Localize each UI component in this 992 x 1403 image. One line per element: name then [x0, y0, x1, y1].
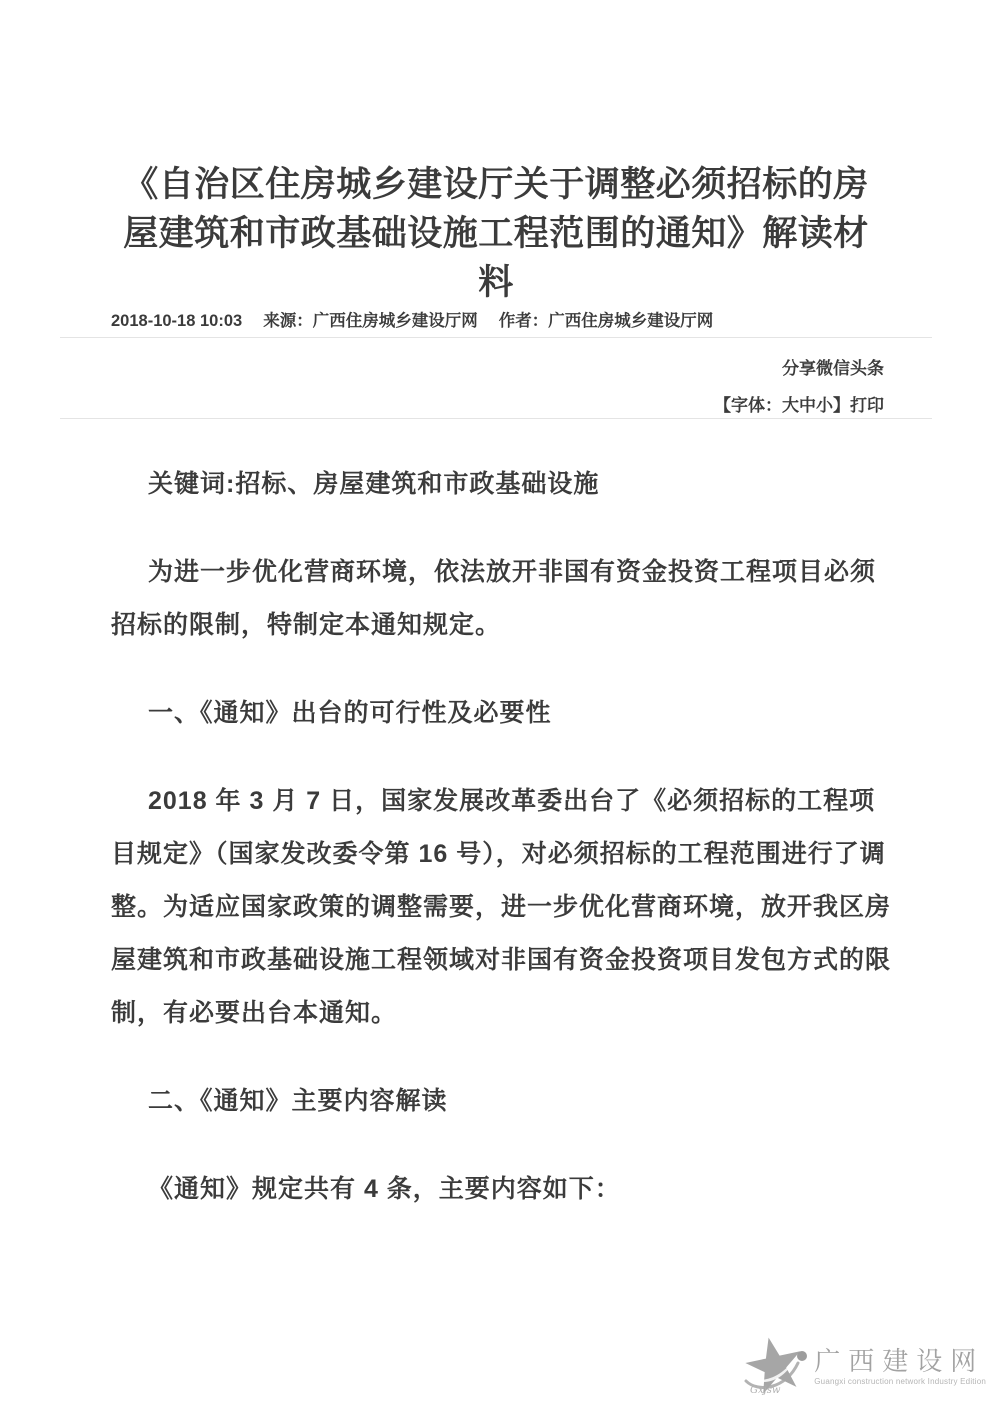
watermark-cn: 广西建设网 — [814, 1347, 986, 1375]
meta-author: 作者：广西住房城乡建设厅网 — [499, 309, 714, 333]
author-value: 广西住房城乡建设厅网 — [548, 309, 713, 333]
article-body: 关键词:招标、房屋建筑和市政基础设施 为进一步优化营商环境，依法放开非国有资金投… — [60, 419, 932, 1216]
site-watermark: Gxjsw 广西建设网 Guangxi construction network… — [738, 1333, 986, 1399]
print-button[interactable]: 打印 — [850, 396, 884, 415]
page-title: 《自治区住房城乡建设厅关于调整必须招标的房屋建筑和市政基础设施工程范围的通知》解… — [60, 160, 932, 307]
watermark-en: Guangxi construction network Industry Ed… — [814, 1377, 986, 1386]
font-size-medium-button[interactable]: 中 — [799, 396, 816, 415]
source-value: 广西住房城乡建设厅网 — [313, 309, 478, 333]
meta-source: 来源：广西住房城乡建设厅网 — [263, 309, 478, 333]
share-row: 分享微信头条 — [111, 357, 884, 381]
font-size-row: 【字体：大中小】打印 — [111, 394, 884, 418]
share-label: 分享 — [782, 359, 816, 378]
paragraph-intro: 为进一步优化营商环境，依法放开非国有资金投资工程项目必须招标的限制，特制定本通知… — [111, 546, 898, 652]
section-heading-2: 二、《通知》主要内容解读 — [111, 1075, 898, 1128]
toolbar: 分享微信头条 【字体：大中小】打印 — [60, 338, 932, 419]
article-meta: 2018-10-18 10:03 来源：广西住房城乡建设厅网 作者：广西住房城乡… — [60, 309, 932, 338]
source-label: 来源： — [263, 309, 313, 333]
font-size-large-button[interactable]: 大 — [782, 396, 799, 415]
paragraph-section-2: 《通知》规定共有 4 条，主要内容如下： — [111, 1163, 898, 1216]
font-size-prefix: 【字体： — [714, 396, 782, 415]
share-toutiao-button[interactable]: 头条 — [850, 359, 884, 378]
article-page: 《自治区住房城乡建设厅关于调整必须招标的房屋建筑和市政基础设施工程范围的通知》解… — [60, 0, 932, 1216]
author-label: 作者： — [499, 309, 549, 333]
share-wechat-button[interactable]: 微信 — [816, 359, 850, 378]
star-logo-icon: Gxjsw — [738, 1333, 812, 1399]
publish-datetime: 2018-10-18 10:03 — [111, 309, 242, 333]
keywords-line: 关键词:招标、房屋建筑和市政基础设施 — [111, 458, 898, 511]
font-size-small-button[interactable]: 小 — [816, 396, 833, 415]
star-script-text: Gxjsw — [750, 1385, 781, 1396]
section-heading-1: 一、《通知》出台的可行性及必要性 — [111, 687, 898, 740]
watermark-text: 广西建设网 Guangxi construction network Indus… — [814, 1333, 986, 1386]
paragraph-section-1: 2018 年 3 月 7 日，国家发展改革委出台了《必须招标的工程项目规定》（国… — [111, 775, 898, 1040]
font-size-suffix: 】 — [833, 396, 850, 415]
